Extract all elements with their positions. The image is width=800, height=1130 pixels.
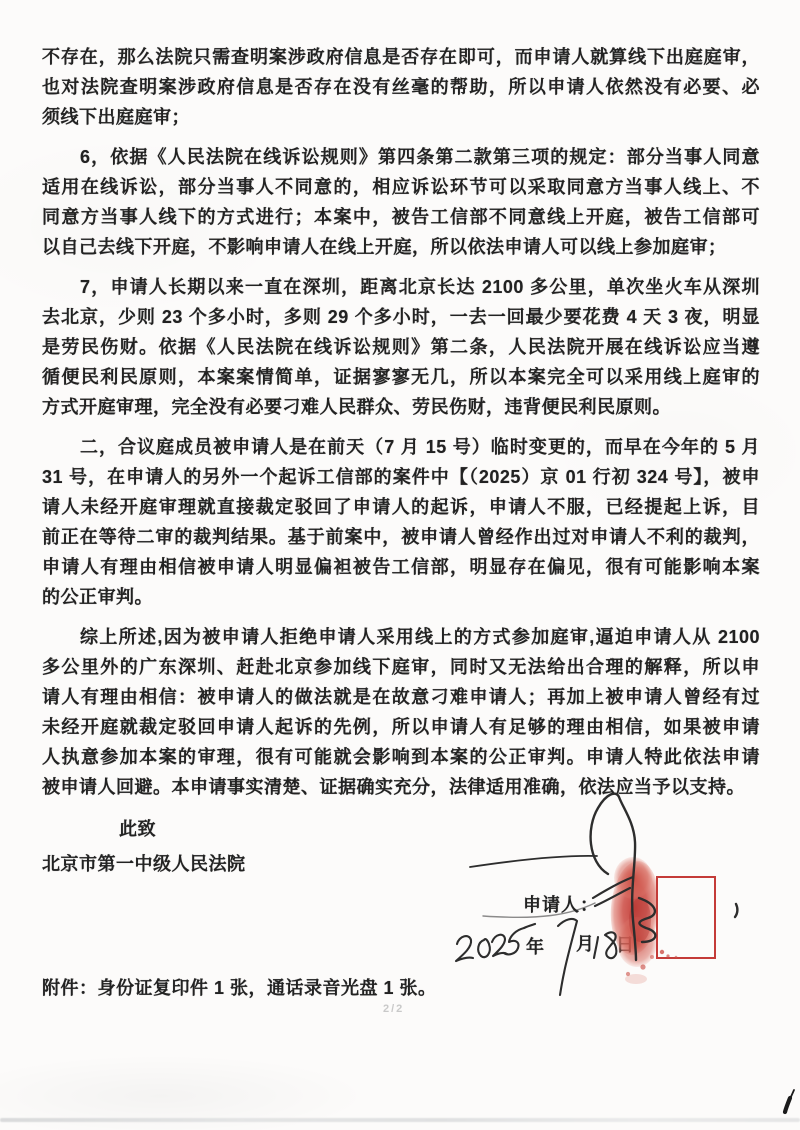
text-line: 不存在，那么法院只需查明案涉政府信息是否存在即可，而申请人就算线下出庭庭审，: [42, 42, 760, 72]
text-line: 6，依据《人民法院在线诉讼规则》第四条第二款第三项的规定：部分当事人同意: [42, 142, 760, 172]
text-line: 去北京，少则 23 个多小时，多则 29 个多小时，一去一回最少要花费 4 天 …: [42, 302, 760, 332]
paragraph-section-two: 二，合议庭成员被申请人是在前天（7 月 15 号）临时变更的，而早在今年的 5 …: [42, 432, 760, 612]
paragraph-summary: 综上所述,因为被申请人拒绝申请人采用线上的方式参加庭审,逼迫申请人从 2100多…: [42, 622, 760, 802]
paragraph-point-7: 7，申请人长期以来一直在深圳，距离北京长达 2100 多公里，单次坐火车从深圳去…: [42, 272, 760, 422]
digit-2b: [492, 935, 507, 956]
text-line: 方式开庭审理，完全没有必要刁难人民群众、劳民伤财，违背便民利民原则。: [42, 392, 760, 422]
date-day-unit: 日: [616, 931, 634, 957]
text-line: 31 号，在申请人的另外一个起诉工信部的案件中【（2025）京 01 行初 32…: [42, 462, 760, 492]
text-line: 同意方当事人线下的方式进行；本案中，被告工信部不同意线上开庭，被告工信部可: [42, 202, 760, 232]
text-line: 须线下出庭庭审；: [42, 102, 760, 132]
text-line: 也对法院查明案涉政府信息是否存在没有丝毫的帮助，所以申请人依然没有必要、必: [42, 72, 760, 102]
text-line: 未经开庭就裁定驳回申请人起诉的先例，所以申请人有足够的理由相信，如果被申请: [42, 712, 760, 742]
text-line: 多公里外的广东深圳、赶赴北京参加线下庭审，同时又无法给出合理的解释，所以申: [42, 652, 760, 682]
paragraph-point-6: 6，依据《人民法院在线诉讼规则》第四条第二款第三项的规定：部分当事人同意适用在线…: [42, 142, 760, 262]
digit-0: [478, 939, 490, 957]
digit-1: [594, 937, 598, 958]
pen-mark: [778, 1086, 798, 1116]
page-number: 2/2: [383, 1003, 404, 1015]
text-line: 二，合议庭成员被申请人是在前天（7 月 15 号）临时变更的，而早在今年的 5 …: [42, 432, 760, 462]
text-line: 以自己去线下开庭，不影响申请人在线上开庭，所以依法申请人可以线上参加庭审；: [42, 232, 760, 262]
text-line: 申请人有理由相信被申请人明显偏袒被告工信部，明显存在偏见，很有可能影响本案: [42, 552, 760, 582]
document-body: 不存在，那么法院只需查明案涉政府信息是否存在即可，而申请人就算线下出庭庭审，也对…: [42, 42, 760, 879]
text-line: 的公正审判。: [42, 582, 760, 612]
text-line: 循便民利民原则，本案案情简单，证据寥寥无几，所以本案完全可以采用线上庭审的: [42, 362, 760, 392]
text-line: 综上所述,因为被申请人拒绝申请人采用线上的方式参加庭审,逼迫申请人从 2100: [42, 622, 760, 652]
text-line: 请人有理由相信：被申请人的做法就是在故意刁难申请人；再加上被申请人曾经有过: [42, 682, 760, 712]
closing-salute: 此致: [42, 814, 760, 844]
paragraph-continuation: 不存在，那么法院只需查明案涉政府信息是否存在即可，而申请人就算线下出庭庭审，也对…: [42, 42, 760, 132]
digit-2: [456, 936, 473, 961]
applicant-label: 申请人：: [523, 891, 599, 917]
date-year-unit: 年: [526, 933, 544, 959]
scanned-legal-document-page: 不存在，那么法院只需查明案涉政府信息是否存在即可，而申请人就算线下出庭庭审，也对…: [0, 0, 800, 1130]
date-month-unit: 月: [576, 930, 594, 956]
closing-court-name: 北京市第一中级人民法院: [42, 849, 760, 879]
text-line: 7，申请人长期以来一直在深圳，距离北京长达 2100 多公里，单次坐火车从深圳: [42, 272, 760, 302]
text-line: 适用在线诉讼，部分当事人不同意的，相应诉讼环节可以采取同意方当事人线上、不: [42, 172, 760, 202]
text-line: 是劳民伤财。依据《人民法院在线诉讼规则》第二条，人民法院开展在线诉讼应当遵: [42, 332, 760, 362]
scan-edge-shadow: [0, 1118, 800, 1122]
digit-8: [605, 932, 616, 958]
redaction-box: [657, 877, 715, 958]
digit-7: [558, 919, 577, 995]
text-line: 前正在等待二审的裁判结果。基于前案中，被申请人曾经作出过对申请人不利的裁判，: [42, 522, 760, 552]
text-line: 请人未经开庭审理就直接裁定驳回了申请人的起诉，申请人不服，已经提起上诉，目: [42, 492, 760, 522]
attachments-line: 附件：身份证复印件 1 张，通话录音光盘 1 张。: [42, 974, 437, 1000]
text-line: 被申请人回避。本申请事实清楚、证据确实充分，法律适用准确，依法应当予以支持。: [42, 772, 760, 802]
text-line: 人执意参加本案的审理，很有可能就会影响到本案的公正审判。申请人特此依法申请: [42, 742, 760, 772]
